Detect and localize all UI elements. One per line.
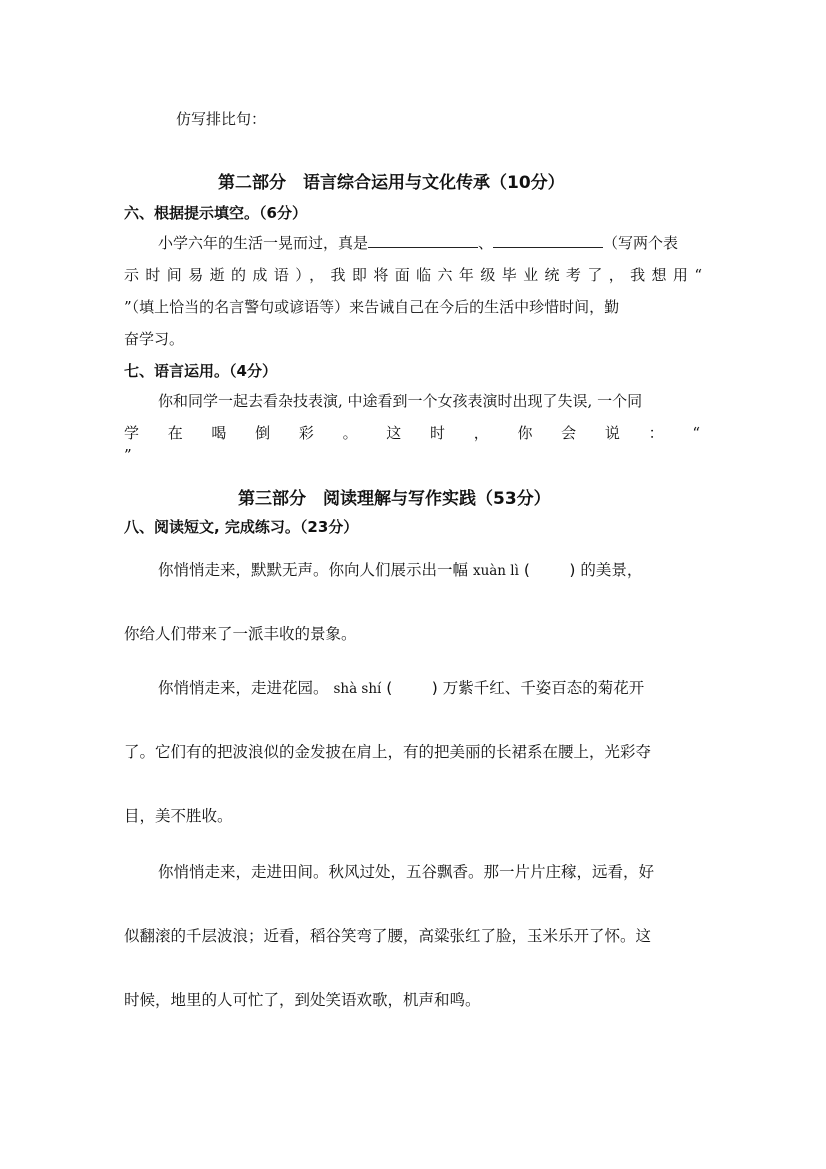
passage-p1-line1: 你悄悄走来，默默无声。你向人们展示出一幅 xuàn lì ( ) 的美景， <box>158 558 642 580</box>
q6-line4: 奋学习。 <box>124 328 184 349</box>
passage-p3-line3: 时候，地里的人可忙了，到处笑语欢歌，机声和鸣。 <box>124 988 481 1010</box>
q6-line1-sep: 、 <box>478 234 493 252</box>
passage-p2-line2: 了。它们有的把波浪似的金发披在肩上，有的把美丽的长裙系在腰上，光彩夺 <box>124 740 651 762</box>
q8-heading: 八、阅读短文, 完成练习。（23分） <box>124 516 358 537</box>
q7-line3: ” <box>124 446 132 464</box>
answer-blank-shashi[interactable]: ( ) <box>386 679 438 697</box>
p1-text-a: 你悄悄走来，默默无声。你向人们展示出一幅 <box>158 561 468 579</box>
passage-p3-line2: 似翻滚的千层波浪；近看，稻谷笑弯了腰，高粱张红了脸，玉米乐开了怀。这 <box>124 924 651 946</box>
p1-text-b: 的美景， <box>580 561 642 579</box>
q7-line1: 你和同学一起去看杂技表演, 中途看到一个女孩表演时出现了失误, 一个同 <box>158 390 642 411</box>
q6-line3: ”（填上恰当的名言警句或谚语等）来告诫自己在今后的生活中珍惜时间，勤 <box>124 296 702 317</box>
pinyin-xuanli: xuàn lì <box>473 563 519 579</box>
pinyin-shashi: shà shí <box>333 681 381 697</box>
p2-text-a: 你悄悄走来，走进花园。 <box>158 679 329 697</box>
passage-p1-line2: 你给人们带来了一派丰收的景象。 <box>124 622 357 644</box>
q7-line2: 学在喝倒彩。这时，你会说：“ <box>124 422 702 443</box>
intro-line: 仿写排比句： <box>176 108 266 129</box>
answer-blank-xuanli[interactable]: ( ) <box>524 561 576 579</box>
q6-heading: 六、根据提示填空。（6分） <box>124 202 307 223</box>
idiom-blank-2[interactable] <box>493 233 603 248</box>
passage-p2-line1: 你悄悄走来，走进花园。 shà shí ( ) 万紫千红、千姿百态的菊花开 <box>158 676 644 698</box>
q7-heading: 七、语言运用。（4分） <box>124 360 277 381</box>
q6-line1-text-b: （写两个表 <box>603 234 678 252</box>
p2-text-b: 万紫千红、千姿百态的菊花开 <box>443 679 645 697</box>
passage-p2-line3: 目，美不胜收。 <box>124 804 233 826</box>
q6-line1-text-a: 小学六年的生活一晃而过，真是 <box>158 234 368 252</box>
idiom-blank-1[interactable] <box>368 233 478 248</box>
q6-line2: 示时间易逝的成语），我即将面临六年级毕业统考了，我想用“ <box>124 264 702 285</box>
q6-line1: 小学六年的生活一晃而过，真是、（写两个表 <box>158 232 678 253</box>
passage-p3-line1: 你悄悄走来，走进田间。秋风过处，五谷飘香。那一片片庄稼，远看，好 <box>158 860 654 882</box>
part3-title: 第三部分 阅读理解与写作实践（53分） <box>238 484 551 509</box>
part2-title: 第二部分 语言综合运用与文化传承（10分） <box>218 168 565 193</box>
